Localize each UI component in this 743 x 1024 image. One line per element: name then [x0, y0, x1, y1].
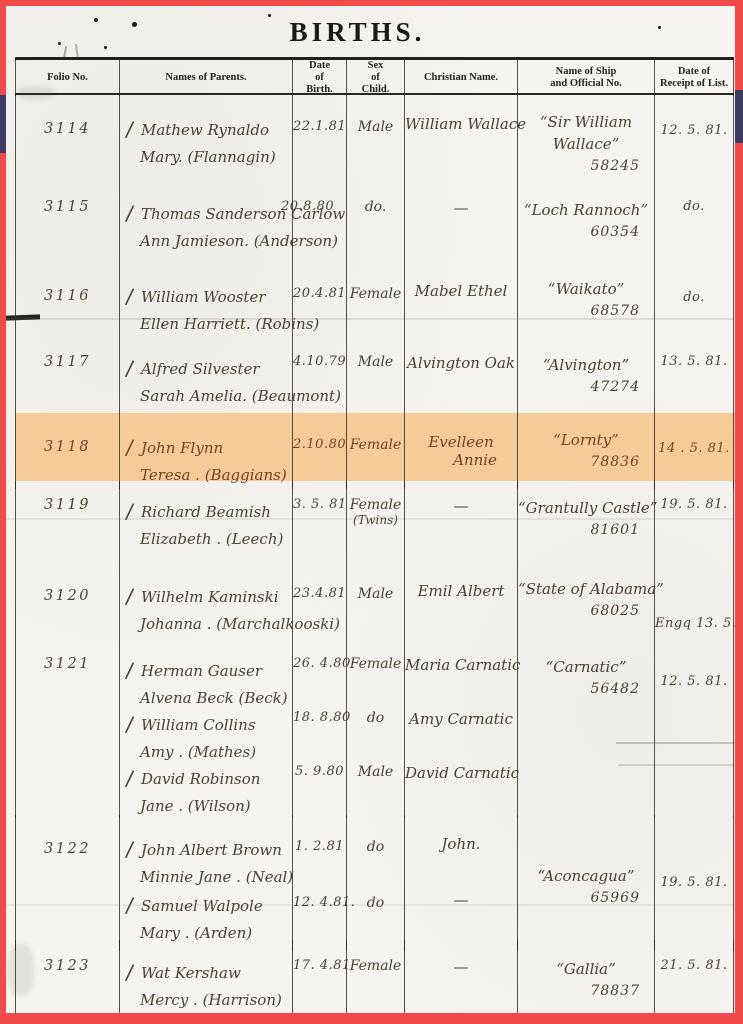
- folio-number: 3118: [44, 439, 91, 455]
- ink-speck: [268, 14, 271, 17]
- sex-of-child: do: [367, 839, 384, 855]
- receipt-cell: do.: [655, 185, 734, 262]
- ship-cell: “Loch Rannoch”60354: [518, 185, 655, 262]
- parents-cell: ∕Thomas Sanderson CarlowAnn Jamieson. (A…: [120, 185, 293, 262]
- christian-name: Evelleen: [405, 433, 517, 451]
- folio-cell: 3120: [15, 562, 120, 648]
- christian-cell: Alvington Oak: [405, 338, 518, 413]
- dob-cell: 26. 4.8018. 8.805. 9.80: [293, 648, 347, 818]
- dob-cell: 4.10.79: [293, 338, 347, 413]
- receipt-date: 19. 5. 81.: [660, 497, 727, 512]
- ship-name: “Waikato”: [518, 278, 654, 300]
- christian-entry: Mabel Ethel: [405, 282, 517, 300]
- birth-date: 3. 5. 81: [293, 497, 347, 512]
- header-parents: Names of Parents.: [120, 60, 293, 96]
- folio-cell: 3122: [15, 815, 120, 951]
- mother-name: Johanna . (Marchalkooski): [126, 611, 292, 638]
- header-dob-label: of: [315, 72, 324, 84]
- receipt-date: 12. 5. 81.: [660, 123, 727, 138]
- father-line: ∕John Albert Brown: [126, 835, 292, 864]
- table-row: 3117∕Alfred SilvesterSarah Amelia. (Beau…: [15, 338, 735, 413]
- check-mark: ∕: [124, 583, 143, 612]
- header-receipt: Date ofReceipt of List.: [655, 60, 734, 96]
- folio-number: 3122: [44, 841, 91, 857]
- mother-name: Mercy . (Harrison): [126, 987, 292, 1013]
- father-line: ∕Thomas Sanderson Carlow: [126, 199, 292, 228]
- parents-entry: ∕Wat KershawMercy . (Harrison): [126, 958, 292, 1013]
- folio-number: 3120: [44, 588, 91, 604]
- receipt-cell: 19. 5. 81.: [655, 815, 734, 951]
- christian-cell: Emil Albert: [405, 562, 518, 648]
- ship-cell: “Grantully Castle”81601: [518, 481, 655, 562]
- parents-cell: ∕John FlynnTeresa . (Baggians): [120, 413, 293, 489]
- father-name: Alfred Silvester: [141, 360, 260, 378]
- father-line: ∕Alfred Silvester: [126, 354, 292, 383]
- folio-cell: 3119: [15, 481, 120, 562]
- table-row: 3123∕Wat KershawMercy . (Harrison)17. 4.…: [15, 940, 735, 1013]
- father-line: ∕John Flynn: [126, 433, 292, 462]
- birth-date: 20.4.81: [293, 286, 346, 301]
- ship-number: 60354: [518, 221, 654, 243]
- christian-cell: —: [405, 940, 518, 1013]
- table-body: 3114∕Mathew RynaldoMary. (Flannagin)22.1…: [6, 95, 735, 1013]
- ship-name: “Loch Rannoch”: [518, 199, 654, 221]
- father-name: William Wooster: [141, 288, 266, 306]
- mother-name: Mary. (Flannagin): [126, 144, 292, 171]
- father-name: Mathew Rynaldo: [141, 121, 269, 139]
- table-row: 3121∕Herman GauserAlvena Beck (Beck)∕Wil…: [15, 648, 735, 815]
- check-mark: ∕: [124, 836, 143, 865]
- parents-cell: ∕John Albert BrownMinnie Jane . (Neal)∕S…: [120, 815, 293, 951]
- christian-cell: Maria CarnaticAmy CarnaticDavid Carnatic: [405, 648, 518, 818]
- ship-number: 68025: [518, 600, 654, 622]
- receipt-cell: 19. 5. 81.: [655, 481, 734, 562]
- check-mark: ∕: [124, 200, 143, 229]
- sex-entry: do: [347, 710, 404, 764]
- christian-cell: John.—: [405, 815, 518, 951]
- header-ship-label: Name of Ship: [556, 66, 617, 78]
- header-sex-label: Sex: [368, 60, 384, 72]
- birth-date: 23.4.81: [293, 586, 346, 601]
- parents-entry: ∕Herman GauserAlvena Beck (Beck): [126, 656, 292, 710]
- ship-number: 78837: [518, 980, 654, 1002]
- parents-cell: ∕Wat KershawMercy . (Harrison): [120, 940, 293, 1013]
- father-line: ∕Mathew Rynaldo: [126, 115, 292, 144]
- receipt-date: 14 . 5. 81.: [658, 441, 730, 456]
- receipt-date: 19. 5. 81.: [660, 875, 727, 890]
- parents-entry: ∕Alfred SilvesterSarah Amelia. (Beaumont…: [126, 354, 292, 410]
- table-row-highlighted: 3118∕John FlynnTeresa . (Baggians)2.10.8…: [15, 413, 735, 481]
- ship-cell: “Sir WilliamWallace”58245: [518, 95, 655, 185]
- birth-date: 4.10.79: [293, 354, 346, 369]
- table-row: 3115∕Thomas Sanderson CarlowAnn Jamieson…: [15, 185, 735, 262]
- sex-entry: Male: [347, 119, 404, 135]
- dob-cell: 22.1.81: [293, 95, 347, 185]
- receipt-cell: 12. 5. 81.: [655, 648, 734, 818]
- dob-entry: 1. 2.81: [293, 839, 346, 895]
- ship-cell: “Waikato”68578: [518, 262, 655, 338]
- sex-cell: dodo: [347, 815, 405, 951]
- ink-speck: [58, 42, 61, 45]
- ink-speck: [104, 46, 107, 49]
- parents-entry: ∕William WoosterEllen Harriett. (Robins): [126, 282, 292, 338]
- father-line: ∕William Collins: [126, 710, 292, 739]
- father-name: David Robinson: [141, 770, 260, 788]
- dob-cell: 23.4.81: [293, 562, 347, 648]
- ship-name: “Grantully Castle”: [518, 497, 654, 519]
- father-name: Herman Gauser: [141, 662, 262, 680]
- sex-of-child: Female: [350, 437, 402, 453]
- check-mark: ∕: [124, 116, 143, 145]
- father-name: John Albert Brown: [141, 841, 282, 859]
- header-christian: Christian Name.: [405, 60, 518, 96]
- header-receipt-label: Receipt of List.: [660, 78, 728, 90]
- sex-cell: FemaledoMale: [347, 648, 405, 818]
- christian-entry: David Carnatic: [405, 764, 517, 818]
- parents-entry: ∕William CollinsAmy . (Mathes): [126, 710, 292, 764]
- header-ship: Name of Shipand Official No.: [518, 60, 655, 96]
- father-name: Samuel Walpole: [141, 897, 263, 915]
- birth-date: 18. 8.80: [293, 710, 351, 725]
- father-name: Wat Kershaw: [141, 964, 241, 982]
- table-row: 3122∕John Albert BrownMinnie Jane . (Nea…: [15, 815, 735, 940]
- check-mark: ∕: [124, 959, 143, 988]
- receipt-date: do.: [683, 199, 705, 214]
- ship-name: “Lornty”: [518, 429, 654, 451]
- mother-name: Ann Jamieson. (Anderson): [126, 228, 292, 255]
- christian-entry: John.: [405, 835, 517, 891]
- ship-cell: “Aconcagua”65969: [518, 815, 655, 951]
- table-row: 3120∕Wilhelm KaminskiJohanna . (Marchalk…: [15, 562, 735, 648]
- christian-entry: Amy Carnatic: [405, 710, 517, 764]
- mother-name: Alvena Beck (Beck): [126, 685, 292, 712]
- check-mark: ∕: [124, 765, 143, 794]
- birth-date: 26. 4.80: [293, 656, 351, 671]
- christian-cell: Mabel Ethel: [405, 262, 518, 338]
- parents-entry: ∕Mathew RynaldoMary. (Flannagin): [126, 115, 292, 171]
- check-mark: ∕: [124, 892, 143, 921]
- christian-name: —: [405, 199, 517, 217]
- parents-entry: ∕David RobinsonJane . (Wilson): [126, 764, 292, 818]
- father-line: ∕Richard Beamish: [126, 497, 292, 526]
- folio-cell: 3117: [15, 338, 120, 413]
- ship-name: “Alvington”: [518, 354, 654, 376]
- christian-entry: —: [405, 958, 517, 976]
- check-mark: ∕: [124, 498, 143, 527]
- dob-cell: 3. 5. 81: [293, 481, 347, 562]
- dob-entry: 5. 9.80: [293, 764, 346, 818]
- folio-cell: 3114: [15, 95, 120, 185]
- receipt-date: 21. 5. 81.: [660, 958, 727, 973]
- sex-of-child: do.: [365, 199, 387, 215]
- christian-cell: —: [405, 185, 518, 262]
- ship-number: 47274: [518, 376, 654, 398]
- parents-entry: ∕John Albert BrownMinnie Jane . (Neal): [126, 835, 292, 891]
- sex-entry: Male: [347, 764, 404, 818]
- scan-smudge: [8, 944, 34, 996]
- sex-of-child: Female: [350, 286, 402, 302]
- sex-cell: Female: [347, 413, 405, 489]
- parents-cell: ∕Herman GauserAlvena Beck (Beck)∕William…: [120, 648, 293, 818]
- scan-streak: [6, 318, 735, 320]
- header-receipt-label: Date of: [678, 66, 710, 78]
- birth-date: 1. 2.81: [295, 839, 344, 854]
- scan-smudge: [16, 86, 56, 100]
- dob-cell: 20.4.81: [293, 262, 347, 338]
- christian-entry: Alvington Oak: [405, 354, 517, 372]
- receipt-date: 13. 5. 81.: [660, 354, 727, 369]
- header-dob-label: Date: [309, 60, 330, 72]
- ship-name: “Carnatic”: [518, 656, 654, 678]
- father-line: ∕Herman Gauser: [126, 656, 292, 685]
- header-christian-label: Christian Name.: [424, 72, 498, 84]
- father-line: ∕Wilhelm Kaminski: [126, 582, 292, 611]
- folio-number: 3116: [44, 288, 91, 304]
- parents-cell: ∕Wilhelm KaminskiJohanna . (Marchalkoosk…: [120, 562, 293, 648]
- parents-cell: ∕Alfred SilvesterSarah Amelia. (Beaumont…: [120, 338, 293, 413]
- sex-cell: Female: [347, 940, 405, 1013]
- sex-of-child: Female: [350, 656, 402, 672]
- christian-name: William Wallace: [405, 115, 517, 133]
- sex-of-child: Male: [358, 119, 393, 135]
- check-mark: ∕: [124, 283, 143, 312]
- receipt-cell: 21. 5. 81.: [655, 940, 734, 1013]
- dob-cell: 2.10.80: [293, 413, 347, 489]
- dob-entry: 20.8.80: [293, 199, 346, 214]
- christian-name: Maria Carnatic: [405, 656, 517, 674]
- header-sex: SexofChild.: [347, 60, 405, 96]
- sex-entry: Female: [347, 958, 404, 974]
- mother-name: Minnie Jane . (Neal): [126, 864, 292, 891]
- receipt-cell: 12. 5. 81.: [655, 95, 734, 185]
- birth-date: 17. 4.81: [293, 958, 351, 973]
- christian-entry: —: [405, 199, 517, 217]
- christian-entry: Emil Albert: [405, 582, 517, 600]
- ship-number: 78836: [518, 451, 654, 473]
- ship-cell: “Carnatic”56482: [518, 648, 655, 818]
- sex-of-child: Male: [358, 764, 393, 780]
- birth-date: 5. 9.80: [295, 764, 344, 779]
- receipt-date: do.: [683, 290, 705, 305]
- receipt-cell: Engq 13. 5. 81.: [655, 562, 734, 648]
- header-dob: DateofBirth.: [293, 60, 347, 96]
- ink-speck: [132, 22, 137, 27]
- scan-streak: [618, 764, 735, 766]
- christian-name: Alvington Oak: [405, 354, 517, 372]
- christian-entry: EvelleenAnnie: [405, 433, 517, 469]
- table-row: 3119∕Richard BeamishElizabeth . (Leech)3…: [15, 481, 735, 562]
- mother-name: Sarah Amelia. (Beaumont): [126, 383, 292, 410]
- sex-entry: Male: [347, 354, 404, 370]
- folio-cell: 3118: [15, 413, 120, 489]
- dob-cell: 20.8.80: [293, 185, 347, 262]
- dob-cell: 1. 2.8112. 4.81.: [293, 815, 347, 951]
- christian-name: Amy Carnatic: [405, 710, 517, 728]
- ship-number: 58245: [518, 155, 654, 177]
- ship-name: “Gallia”: [518, 958, 654, 980]
- ship-name: “Sir William: [518, 111, 654, 133]
- dob-entry: 3. 5. 81: [293, 497, 346, 512]
- header-ship-label: and Official No.: [550, 78, 621, 90]
- sex-entry: Female: [347, 286, 404, 302]
- sex-entry: Female: [347, 437, 404, 453]
- dob-entry: 26. 4.80: [293, 656, 346, 710]
- father-line: ∕Wat Kershaw: [126, 958, 292, 987]
- parents-cell: ∕William WoosterEllen Harriett. (Robins): [120, 262, 293, 338]
- folio-number: 3114: [44, 121, 91, 137]
- christian-name: Emil Albert: [405, 582, 517, 600]
- folio-cell: 3121: [15, 648, 120, 818]
- birth-date: 20.8.80: [281, 199, 334, 214]
- ink-speck: [658, 26, 661, 29]
- sex-of-child: do: [367, 895, 384, 911]
- mother-name: Elizabeth . (Leech): [126, 526, 292, 553]
- christian-name: —: [405, 497, 517, 515]
- receipt-cell: 13. 5. 81.: [655, 338, 734, 413]
- ink-speck: [94, 18, 98, 22]
- birth-date: 2.10.80: [293, 437, 346, 452]
- father-line: ∕David Robinson: [126, 764, 292, 793]
- sex-cell: Male: [347, 95, 405, 185]
- christian-cell: EvelleenAnnie: [405, 413, 518, 489]
- dob-cell: 17. 4.81: [293, 940, 347, 1013]
- folio-number: 3115: [44, 199, 91, 215]
- header-parents-label: Names of Parents.: [165, 72, 246, 84]
- dob-entry: 18. 8.80: [293, 710, 346, 764]
- father-line: ∕William Wooster: [126, 282, 292, 311]
- sex-of-child: Female: [350, 958, 402, 974]
- header-folio-label: Folio No.: [47, 72, 88, 84]
- parents-cell: ∕Richard BeamishElizabeth . (Leech): [120, 481, 293, 562]
- scan-streak: [616, 742, 735, 744]
- folio-number: 3119: [44, 497, 91, 513]
- table-row: 3114∕Mathew RynaldoMary. (Flannagin)22.1…: [15, 95, 735, 185]
- sex-of-child: do: [367, 710, 384, 726]
- dob-entry: 22.1.81: [293, 119, 346, 134]
- christian-cell: William Wallace: [405, 95, 518, 185]
- sex-cell: Female: [347, 262, 405, 338]
- receipt-date: Engq 13. 5. 81.: [655, 616, 735, 631]
- check-mark: ∕: [124, 711, 143, 740]
- ship-name: “Aconcagua”: [518, 865, 654, 887]
- dob-entry: 23.4.81: [293, 586, 346, 601]
- ship-cell: “Alvington”47274: [518, 338, 655, 413]
- receipt-date: 12. 5. 81.: [660, 674, 727, 689]
- dob-entry: 17. 4.81: [293, 958, 346, 973]
- ship-number: 81601: [518, 519, 654, 541]
- parents-entry: ∕Richard BeamishElizabeth . (Leech): [126, 497, 292, 553]
- table-header: Folio No.Names of Parents.DateofBirth.Se…: [15, 57, 734, 95]
- ship-cell: “Lornty”78836: [518, 413, 655, 489]
- header-sex-label: of: [371, 72, 380, 84]
- parents-entry: ∕Thomas Sanderson CarlowAnn Jamieson. (A…: [126, 199, 292, 255]
- check-mark: ∕: [124, 434, 143, 463]
- check-mark: ∕: [124, 657, 143, 686]
- christian-cell: —: [405, 481, 518, 562]
- father-name: Wilhelm Kaminski: [141, 588, 279, 606]
- folio-cell: 3115: [15, 185, 120, 262]
- christian-name: Mabel Ethel: [405, 282, 517, 300]
- christian-entry: William Wallace: [405, 115, 517, 133]
- christian-name: —: [405, 891, 517, 909]
- christian-name: Annie: [405, 451, 517, 469]
- sex-entry: Female(Twins): [347, 497, 404, 527]
- receipt-cell: do.: [655, 262, 734, 338]
- christian-entry: Maria Carnatic: [405, 656, 517, 710]
- christian-name: —: [405, 958, 517, 976]
- receipt-cell: 14 . 5. 81.: [655, 413, 734, 489]
- sex-cell: Male: [347, 338, 405, 413]
- sex-of-child: Female: [350, 497, 402, 513]
- parents-entry: ∕Wilhelm KaminskiJohanna . (Marchalkoosk…: [126, 582, 292, 638]
- folio-cell: 3116: [15, 262, 120, 338]
- scan-streak: [6, 518, 735, 520]
- mother-name: Amy . (Mathes): [126, 739, 292, 766]
- dob-entry: 20.4.81: [293, 286, 346, 301]
- christian-name: David Carnatic: [405, 764, 517, 782]
- sex-entry: Female: [347, 656, 404, 710]
- document-scan: BIRTHS. Folio No.Names of Parents.Dateof…: [6, 6, 735, 1013]
- mother-name: Ellen Harriett. (Robins): [126, 311, 292, 338]
- dob-entry: 4.10.79: [293, 354, 346, 369]
- ship-cell: “Gallia”78837: [518, 940, 655, 1013]
- sex-of-child: Male: [358, 354, 393, 370]
- ship-name: “State of Alabama”: [518, 578, 654, 600]
- father-name: William Collins: [141, 716, 256, 734]
- parents-cell: ∕Mathew RynaldoMary. (Flannagin): [120, 95, 293, 185]
- christian-name: John.: [405, 835, 517, 853]
- sex-cell: do.: [347, 185, 405, 262]
- dob-entry: 2.10.80: [293, 437, 346, 452]
- folio-number: 3121: [44, 656, 91, 672]
- page-background: BIRTHS. Folio No.Names of Parents.Dateof…: [0, 0, 743, 1024]
- sex-of-child: Male: [358, 586, 393, 602]
- ship-name: Wallace”: [518, 133, 654, 155]
- birth-date: 22.1.81: [293, 119, 346, 134]
- sex-cell: Male: [347, 562, 405, 648]
- sex-cell: Female(Twins): [347, 481, 405, 562]
- ship-cell: “State of Alabama”68025: [518, 562, 655, 648]
- ship-number: 56482: [518, 678, 654, 700]
- sex-note: (Twins): [347, 513, 404, 527]
- parents-entry: ∕Samuel WalpoleMary . (Arden): [126, 891, 292, 947]
- sex-entry: do.: [347, 199, 404, 215]
- father-name: John Flynn: [141, 439, 223, 457]
- christian-entry: —: [405, 891, 517, 947]
- christian-entry: —: [405, 497, 517, 515]
- check-mark: ∕: [124, 355, 143, 384]
- folio-number: 3117: [44, 354, 91, 370]
- page-title: BIRTHS.: [6, 17, 709, 48]
- sex-entry: Male: [347, 586, 404, 602]
- right-navy-band: [735, 90, 743, 143]
- scan-streak: [6, 904, 735, 906]
- folio-number: 3123: [44, 958, 91, 974]
- table-row: 3116∕William WoosterEllen Harriett. (Rob…: [15, 262, 735, 338]
- sex-entry: do: [347, 839, 404, 895]
